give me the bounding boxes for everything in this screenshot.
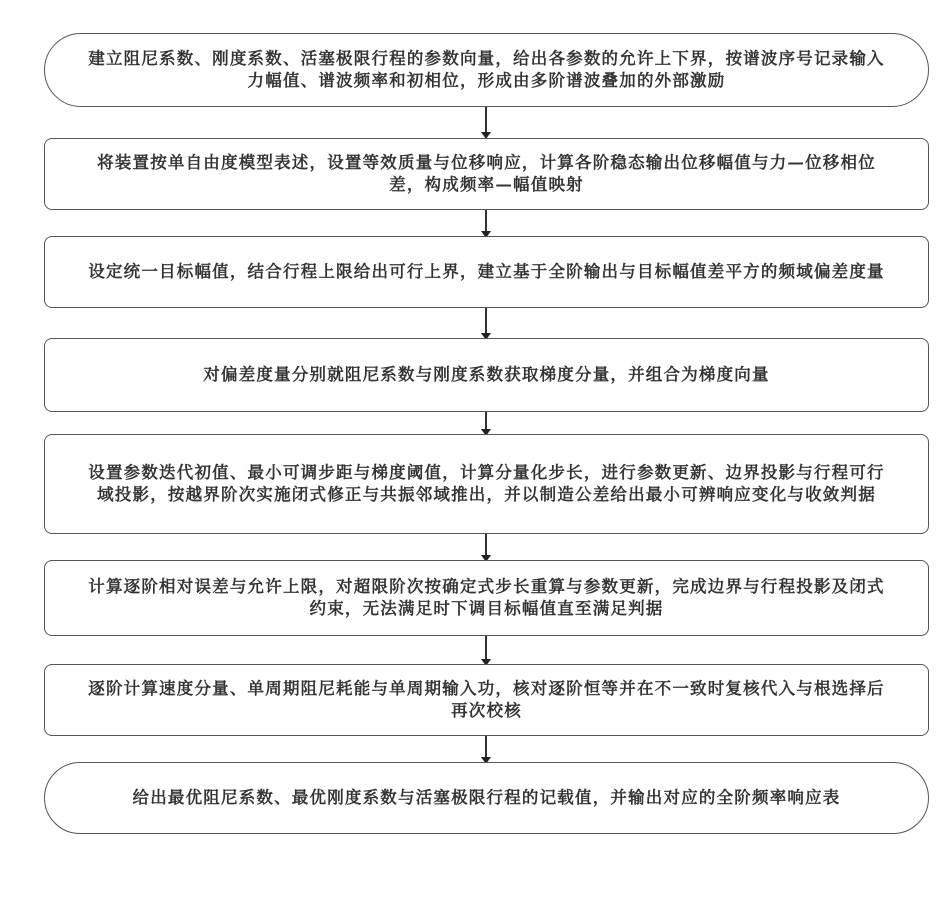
node-text: 对偏差度量分别就阻尼系数与刚度系数获取梯度分量，并组合为梯度向量 [203,364,769,386]
arrow-6-7 [485,636,487,664]
node-text: 给出最优阻尼系数、最优刚度系数与活塞极限行程的记载值，并输出对应的全阶频率响应表 [133,787,841,809]
node-deviation-metric: 设定统一目标幅值，结合行程上限给出可行上界，建立基于全阶输出与目标幅值差平方的频… [44,236,929,308]
node-text: 设置参数迭代初值、最小可调步距与梯度阈值，计算分量化步长，进行参数更新、边界投影… [85,462,888,506]
node-iteration-update: 设置参数迭代初值、最小可调步距与梯度阈值，计算分量化步长，进行参数更新、边界投影… [44,434,929,534]
node-text: 设定统一目标幅值，结合行程上限给出可行上界，建立基于全阶输出与目标幅值差平方的频… [88,261,885,283]
node-text: 建立阻尼系数、刚度系数、活塞极限行程的参数向量，给出各参数的允许上下界，按谱波序… [85,48,888,92]
node-sdof-model: 将装置按单自由度模型表述，设置等效质量与位移响应，计算各阶稳态输出位移幅值与力—… [44,138,929,210]
arrow-5-6 [485,534,487,560]
arrow-2-3 [485,210,487,236]
arrow-3-4 [485,308,487,338]
node-gradient: 对偏差度量分别就阻尼系数与刚度系数获取梯度分量，并组合为梯度向量 [44,338,929,412]
arrow-7-8 [485,736,487,762]
node-start-parameter-setup: 建立阻尼系数、刚度系数、活塞极限行程的参数向量，给出各参数的允许上下界，按谱波序… [44,33,929,107]
node-text: 逐阶计算速度分量、单周期阻尼耗能与单周期输入功，核对逐阶恒等并在不一致时复核代入… [85,678,888,722]
node-error-check: 计算逐阶相对误差与允许上限，对超限阶次按确定式步长重算与参数更新，完成边界与行程… [44,560,929,636]
node-text: 将装置按单自由度模型表述，设置等效质量与位移响应，计算各阶稳态输出位移幅值与力—… [85,152,888,196]
arrow-4-5 [485,412,487,434]
node-end-output: 给出最优阻尼系数、最优刚度系数与活塞极限行程的记载值，并输出对应的全阶频率响应表 [44,762,929,834]
node-text: 计算逐阶相对误差与允许上限，对超限阶次按确定式步长重算与参数更新，完成边界与行程… [85,576,888,620]
arrow-1-2 [485,107,487,137]
node-energy-verification: 逐阶计算速度分量、单周期阻尼耗能与单周期输入功，核对逐阶恒等并在不一致时复核代入… [44,664,929,736]
